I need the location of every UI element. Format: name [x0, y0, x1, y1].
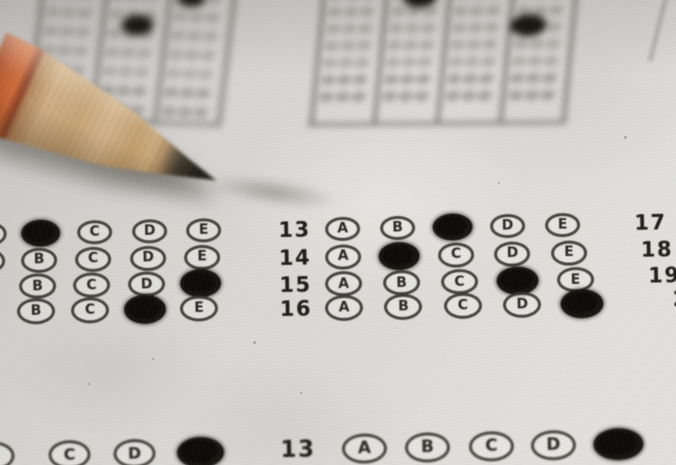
bubble-letter: A — [358, 438, 372, 458]
bubble-letter: D — [142, 250, 154, 266]
answer-rows: BCD13ABCD CDEBCDEBCDBCE13ABDE14ACDE15ABC… — [0, 0, 676, 465]
bubble-letter: B — [398, 298, 409, 314]
question-number: 19 — [648, 263, 676, 288]
answer-bubble: D — [130, 246, 166, 271]
bubble-letter: E — [570, 271, 580, 287]
bubble-letter: D — [516, 296, 528, 312]
bubble-letter: D — [502, 217, 514, 233]
answer-bubble: E — [184, 245, 220, 270]
bubble-letter: C — [63, 445, 75, 464]
bubble-letter: D — [507, 245, 519, 261]
bubble-letter: D — [144, 223, 156, 239]
answer-bubble: A — [325, 244, 361, 269]
bubble-letter: B — [421, 437, 434, 457]
question-number: 18 — [641, 237, 674, 262]
bubble-letter: D — [128, 443, 142, 462]
answer-bubble: D — [113, 439, 155, 465]
answer-bubble-filled — [177, 437, 225, 465]
paper-speck — [498, 182, 500, 184]
bubble-letter: E — [558, 216, 568, 232]
answer-bubble: B — [21, 248, 57, 273]
answer-bubble-filled — [379, 242, 420, 270]
question-number: 2 — [673, 287, 676, 311]
bubble-letter: D — [546, 435, 560, 455]
answer-bubble: C — [469, 431, 515, 462]
question-number: 16 — [280, 296, 313, 321]
bubble-letter: C — [86, 277, 97, 293]
bubble-letter: E — [197, 249, 207, 265]
bubble-letter: C — [89, 224, 100, 240]
answer-bubble: E — [551, 240, 587, 265]
question-number: 14 — [279, 245, 312, 270]
answer-bubble: B — [0, 441, 15, 465]
paper-speck — [152, 358, 154, 360]
bubble-letter: B — [31, 303, 42, 319]
question-number: 17 — [634, 210, 667, 235]
bubble-letter: A — [338, 248, 349, 264]
bubble-letter: C — [85, 302, 96, 318]
answer-bubble: D — [494, 241, 530, 266]
bubble-letter: C — [88, 251, 99, 267]
answer-bubble: A — [342, 433, 388, 464]
paper-speck — [253, 341, 256, 344]
bubble-letter: E — [564, 244, 574, 260]
question-number: 13 — [280, 436, 315, 463]
answer-bubble: C — [438, 242, 474, 267]
paper-speck — [88, 383, 90, 385]
answer-sheet-photo: BCD13ABCD CDEBCDEBCDBCE13ABDE14ACDE15ABC… — [0, 0, 676, 465]
bubble-letter: A — [338, 299, 349, 315]
bubble-letter: C — [485, 436, 498, 456]
blurred-bubble — [144, 0, 157, 1]
bubble-letter: C — [458, 297, 469, 313]
question-number: 15 — [279, 272, 312, 297]
paper-speck — [624, 136, 627, 139]
question-number: 13 — [278, 217, 311, 242]
answer-bubble: B — [405, 432, 451, 463]
answer-bubble: D — [531, 430, 577, 461]
paper-speck — [300, 392, 302, 394]
answer-bubble: C — [48, 440, 90, 465]
bubble-letter: D — [141, 276, 153, 292]
bubble-letter: E — [199, 222, 209, 238]
bubble-letter: B — [34, 252, 45, 268]
answer-bubble-filled — [593, 428, 644, 461]
bubble-letter: E — [194, 300, 204, 316]
bubble-letter: B — [32, 278, 43, 294]
answer-bubble: C — [75, 247, 111, 272]
bubble-letter: C — [454, 273, 465, 289]
bubble-letter: A — [337, 220, 348, 236]
bubble-letter: C — [451, 246, 462, 262]
bubble-letter: A — [338, 275, 349, 291]
bubble-letter: B — [396, 274, 407, 290]
bubble-letter: B — [392, 219, 403, 235]
